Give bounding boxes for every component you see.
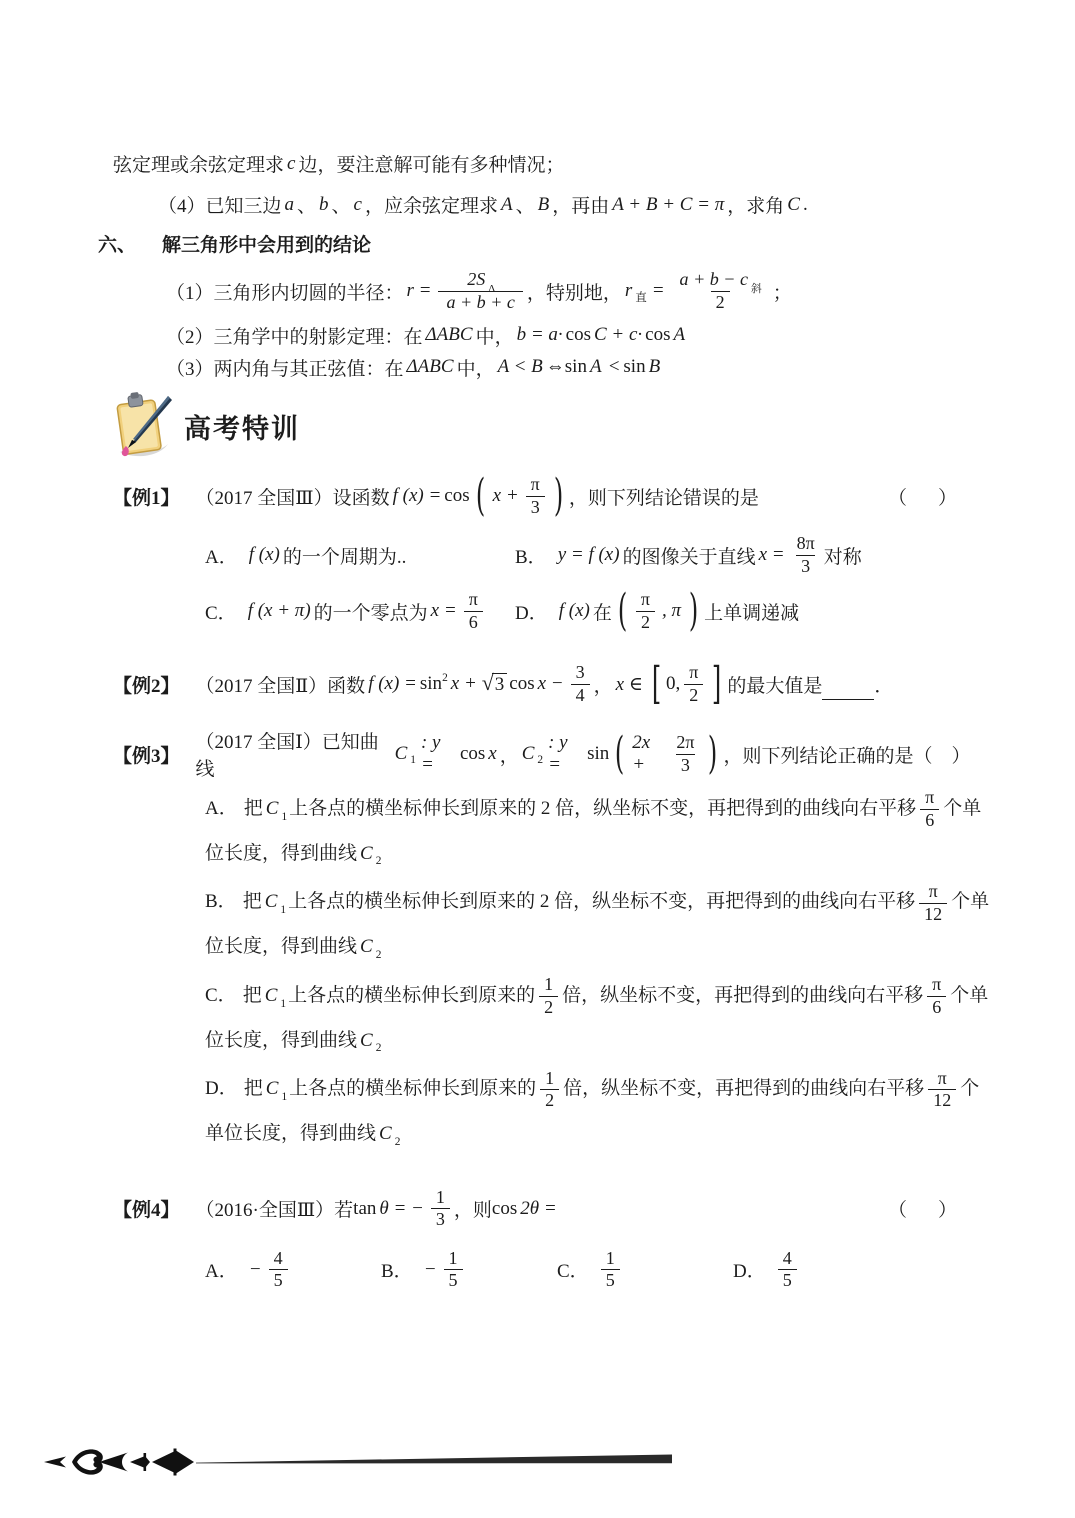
math-run: − [424, 1259, 437, 1281]
example-stem: （2017 全国Ⅰ）已知曲线C1: y =cosx，C2: y =sin(2x … [196, 727, 963, 781]
math-run: b [319, 194, 329, 216]
option-content: 把C1上各点的横坐标伸长到原来的12倍，纵坐标不变，再把得到的曲线向右平移π12… [205, 1078, 979, 1144]
option-label: D． [733, 1256, 766, 1283]
text-run: ，则下列结论正确的是（ ） [724, 741, 963, 768]
subscript: 1 [410, 754, 416, 766]
text-run: cos [566, 324, 591, 346]
fraction: 15 [444, 1248, 463, 1292]
superscript: 2 [442, 672, 448, 684]
open-delimiter: ( [615, 733, 624, 775]
option-label: D． [515, 598, 548, 625]
math-run: ΔABC [407, 356, 454, 378]
option-content: 15 [597, 1248, 624, 1292]
section-heading: 六、 解三角形中会用到的结论 [98, 230, 1075, 257]
math-run: c [354, 194, 362, 216]
option-C: C．把C1上各点的横坐标伸长到原来的12倍，纵坐标不变，再把得到的曲线向右平移π… [205, 974, 997, 1063]
example-tag: 【例4】 [113, 1195, 180, 1222]
text-run: sin [565, 356, 587, 378]
intro-line-2: （4）已知三边a、b、c，应余弦定理求A、B，再由A + B + C = π，求… [158, 191, 1075, 218]
math-run: x = [431, 600, 457, 622]
text-run: 上各点的横坐标伸长到原来的 [288, 985, 535, 1006]
numerator: π [927, 974, 946, 996]
fraction: 13 [431, 1187, 450, 1231]
denominator: 2 [539, 996, 558, 1019]
math-run: C [266, 798, 279, 819]
open-delimiter: [ [652, 663, 661, 705]
option-label: B． [515, 542, 547, 569]
text-run: 8π [797, 533, 815, 555]
numerator: 1 [601, 1248, 620, 1270]
text-run: cos [509, 673, 534, 695]
text-run: 6 [932, 997, 941, 1019]
math-run: x = [759, 544, 785, 566]
subscript: 1 [281, 1091, 287, 1103]
text-run: ，则 [454, 1195, 492, 1222]
math-run: = [652, 280, 665, 302]
denominator: 5 [444, 1269, 463, 1292]
option-B: B． y = f (x)的图像关于直线x =8π3对称 [515, 529, 1075, 581]
fraction: π6 [927, 974, 946, 1018]
denominator: 12 [928, 1089, 956, 1112]
subscript: 1 [280, 998, 286, 1010]
text-run: π [925, 787, 934, 809]
math-run: a + b − c [680, 269, 748, 291]
numerator: 4 [778, 1248, 797, 1270]
text-run: ，则下列结论错误的是 [569, 483, 759, 510]
text-run: 1 [545, 1068, 554, 1090]
denominator: 5 [778, 1269, 797, 1292]
text-run: 的一个周期为.. [283, 542, 407, 569]
denominator: 3 [796, 555, 815, 578]
text-run: sin [420, 673, 442, 695]
math-run: : y = [548, 732, 584, 776]
option-D: D． 45 [733, 1241, 1075, 1299]
text-run: 12 [933, 1090, 951, 1112]
text-run: π [641, 589, 650, 611]
subscript: 1 [280, 904, 286, 916]
text-run: ； [773, 278, 792, 305]
special-training-title: 高考特训 [184, 407, 300, 446]
numerator: π [636, 589, 655, 611]
text-run: （2017 全国Ⅲ）设函数 [196, 483, 390, 510]
fraction: a + b − c斜2 [672, 269, 769, 313]
example-1: 【例1】 （2017 全国Ⅲ）设函数f (x) =cos(x +π3)，则下列结… [0, 467, 1075, 637]
option-B: B． −15 [381, 1241, 557, 1299]
numerator: 4 [269, 1248, 288, 1270]
text-run: 把 [243, 891, 262, 912]
text-run: 、 [516, 191, 535, 218]
option-content: 把C1上各点的横坐标伸长到原来的 2 倍，纵坐标不变，再把得到的曲线向右平移π1… [205, 891, 989, 957]
math-run: f (x + π) [248, 600, 311, 622]
denominator: 3 [526, 496, 545, 519]
example-stem: （2017 全国Ⅱ）函数f (x) =sin2x +√3cosx −34，x ∈… [196, 662, 894, 706]
math-run: a [285, 194, 295, 216]
fraction: 8π3 [792, 533, 820, 577]
math-run: x − [538, 673, 564, 695]
text-run: 在 [593, 598, 612, 625]
math-run: C [522, 743, 535, 765]
text-run: 的最大值是 [727, 671, 822, 698]
open-delimiter: ( [475, 475, 484, 517]
math-run: A + B + C = π [612, 194, 724, 216]
text-run: 上各点的横坐标伸长到原来的 2 倍，纵坐标不变，再把得到的曲线向右平移 [289, 798, 916, 819]
example-4-options: A． −45 B． −15 C． 15 D． 45 [205, 1241, 1075, 1299]
text-run: sin [623, 356, 645, 378]
clipboard-pen-icon [106, 390, 178, 462]
option-A: A．把C1上各点的横坐标伸长到原来的 2 倍，纵坐标不变，再把得到的曲线向右平移… [205, 787, 997, 876]
text-run: π [469, 589, 478, 611]
numerator: 3 [571, 662, 590, 684]
text-run: 把 [243, 985, 262, 1006]
text-run: 弦定理或余弦定理求 [113, 150, 284, 177]
math-run: C [265, 985, 278, 1006]
text-run: （2017 全国Ⅱ）函数 [196, 671, 366, 698]
math-run: f (x) = [368, 673, 417, 695]
text-run: 中， [457, 354, 495, 381]
document-page: 弦定理或余弦定理求c边，要注意解可能有多种情况； （4）已知三边a、b、c，应余… [0, 0, 1075, 1518]
example-3-stem-row: 【例3】 （2017 全国Ⅰ）已知曲线C1: y =cosx，C2: y =si… [113, 725, 963, 783]
close-delimiter: ] [712, 663, 721, 705]
text-run: 上单调递减 [704, 598, 799, 625]
option-content: 45 [774, 1248, 801, 1292]
math-run: 2θ = [520, 1198, 556, 1220]
text-run: 5 [783, 1270, 792, 1292]
denominator: 2 [540, 1089, 559, 1112]
numerator: 2SΔ [459, 269, 502, 291]
option-content: f (x)的一个周期为.. [246, 542, 407, 569]
subscript: 2 [376, 1042, 382, 1054]
math-run: , π [662, 600, 681, 622]
text-run: 5 [449, 1270, 458, 1292]
text-run: ，特别地， [527, 278, 622, 305]
subscript: 1 [281, 811, 287, 823]
section-title: 解三角形中会用到的结论 [162, 230, 371, 257]
text-run: 3 [495, 674, 505, 695]
text-run: ． [874, 671, 893, 698]
math-run: C [360, 936, 373, 957]
math-run: r = [407, 280, 432, 302]
denominator: 6 [927, 996, 946, 1019]
text-run: 2π [676, 732, 694, 754]
numerator: 1 [540, 1068, 559, 1090]
denominator: 6 [464, 611, 483, 634]
math-run: − [249, 1259, 262, 1281]
conclusion-item-3: （3）两内角与其正弦值：在ΔABC中，A < B⇔sinA<sinB [166, 353, 1075, 381]
math-run: C + c· [594, 324, 642, 346]
text-run: （2）三角学中的射影定理：在 [166, 322, 423, 349]
document-body: 弦定理或余弦定理求c边，要注意解可能有多种情况； （4）已知三边a、b、c，应余… [0, 150, 1075, 1299]
math-run: B [538, 194, 550, 216]
math-run: A [501, 194, 513, 216]
close-delimiter: ) [689, 590, 698, 632]
math-run: ΔABC [426, 324, 473, 346]
math-run: x + [451, 673, 477, 695]
example-1-stem-row: 【例1】 （2017 全国Ⅲ）设函数f (x) =cos(x +π3)，则下列结… [113, 467, 963, 525]
example-tag: 【例3】 [113, 741, 180, 768]
fraction: 2π3 [671, 732, 699, 776]
fraction: π6 [464, 589, 483, 633]
example-2: 【例2】 （2017 全国Ⅱ）函数f (x) =sin2x +√3cosx −3… [0, 653, 1075, 715]
math-run: C [379, 1123, 392, 1144]
numerator: 2π [671, 732, 699, 754]
open-delimiter: ( [618, 590, 627, 632]
math-run: f (x) [249, 544, 280, 566]
text-run: 6 [925, 810, 934, 832]
text-run: 倍，纵坐标不变，再把得到的曲线向右平移 [562, 985, 923, 1006]
math-run: f (x) [559, 600, 590, 622]
fraction: π12 [928, 1068, 956, 1112]
denominator: 2 [711, 291, 730, 314]
text-run: 把 [244, 1078, 263, 1099]
option-content: −15 [421, 1248, 467, 1292]
subscript: 2 [376, 949, 382, 961]
fraction: π2 [684, 662, 703, 706]
math-run: 2S [467, 269, 485, 291]
text-run: cos [645, 324, 670, 346]
text-run: 上各点的横坐标伸长到原来的 [289, 1078, 536, 1099]
text-run: 4 [576, 685, 585, 707]
numerator: π [920, 787, 939, 809]
text-run: 0, [666, 673, 680, 695]
bracket-group: (π2, π) [614, 589, 702, 633]
text-run: π [531, 474, 540, 496]
text-run: 3 [681, 755, 690, 777]
option-label: A． [205, 1256, 238, 1283]
text-run: 上各点的横坐标伸长到原来的 2 倍，纵坐标不变，再把得到的曲线向右平移 [288, 891, 915, 912]
option-label: C． [205, 985, 237, 1006]
text-run: ⇔ [546, 356, 565, 378]
option-label: C． [557, 1256, 589, 1283]
fraction: 45 [778, 1248, 797, 1292]
text-run: 3 [531, 497, 540, 519]
conclusion-item-2: （2）三角学中的射影定理：在ΔABC中，b = a·cosC + c·cosA [166, 321, 1075, 349]
text-run: 边，要注意解可能有多种情况； [298, 150, 564, 177]
text-run: 1 [606, 1248, 615, 1270]
text-run: 6 [469, 612, 478, 634]
bracket-group: [0,π2] [648, 662, 725, 706]
option-label: B． [205, 891, 237, 912]
text-run: 3 [801, 556, 810, 578]
text-run: 的图像关于直线 [623, 542, 756, 569]
text-run: π [938, 1068, 947, 1090]
option-content: f (x)在(π2, π)上单调递减 [556, 589, 799, 633]
math-run: x [488, 743, 496, 765]
math-run: A [590, 356, 602, 378]
math-run: x + [493, 485, 519, 507]
denominator: 5 [601, 1269, 620, 1292]
math-run: f (x) = [393, 485, 442, 507]
math-run: < [608, 356, 621, 378]
text-run: 的一个零点为 [314, 598, 428, 625]
text-run: 12 [924, 904, 942, 926]
text-run: ，再由 [552, 191, 609, 218]
math-run: c [287, 153, 295, 175]
numerator: π [933, 1068, 952, 1090]
math-run: A [674, 324, 686, 346]
text-run: 1 [449, 1248, 458, 1270]
text-run: ， [594, 671, 613, 698]
fraction: π3 [526, 474, 545, 518]
text-run: ，应余弦定理求 [365, 191, 498, 218]
text-run: 、 [297, 191, 316, 218]
math-run: C [360, 1030, 373, 1051]
option-D: D．把C1上各点的横坐标伸长到原来的12倍，纵坐标不变，再把得到的曲线向右平移π… [205, 1067, 997, 1156]
answer-bracket: （ ） [888, 483, 963, 510]
math-run: a + b + c [446, 292, 514, 314]
text-run: （4）已知三边 [158, 191, 282, 218]
example-stem: （2017 全国Ⅲ）设函数f (x) =cos(x +π3)，则下列结论错误的是 [196, 474, 759, 518]
text-run: tan [353, 1198, 376, 1220]
text-run: cos [444, 485, 469, 507]
text-run: 中， [476, 322, 514, 349]
text-run: ， [500, 741, 519, 768]
math-run: A < B [498, 356, 543, 378]
intro-line-1: 弦定理或余弦定理求c边，要注意解可能有多种情况； [113, 150, 1075, 177]
text-run: （2016·全国Ⅲ）若 [196, 1195, 354, 1222]
option-B: B．把C1上各点的横坐标伸长到原来的 2 倍，纵坐标不变，再把得到的曲线向右平移… [205, 880, 997, 969]
math-run: x ∈ [616, 673, 643, 696]
text-run: ，求角 [727, 191, 784, 218]
example-1-options: A． f (x)的一个周期为.. B． y = f (x)的图像关于直线x =8… [205, 529, 1075, 637]
example-4-stem-row: 【例4】 （2016·全国Ⅲ）若tanθ = −13，则cos2θ = （ ） [113, 1183, 963, 1235]
numerator: 8π [792, 533, 820, 555]
text-run: 对称 [824, 542, 862, 569]
bracket-group: (2x +2π3) [611, 732, 721, 776]
option-A: A． f (x)的一个周期为.. [205, 529, 515, 581]
text-run: 5 [606, 1270, 615, 1292]
option-A: A． −45 [205, 1241, 381, 1299]
text-run: （3）两内角与其正弦值：在 [166, 354, 404, 381]
numerator: π [464, 589, 483, 611]
denominator: 5 [269, 1269, 288, 1292]
option-label: B． [381, 1256, 413, 1283]
math-run: 2x + [632, 732, 664, 776]
text-run: 4 [783, 1248, 792, 1270]
denominator: 2 [684, 684, 703, 707]
fraction: π12 [919, 881, 947, 925]
option-content: −45 [246, 1248, 292, 1292]
example-2-stem-row: 【例2】 （2017 全国Ⅱ）函数f (x) =sin2x +√3cosx −3… [113, 653, 963, 715]
numerator: 1 [444, 1248, 463, 1270]
denominator: 2 [636, 611, 655, 634]
math-run: C [265, 891, 278, 912]
text-run: sin [587, 743, 609, 765]
math-run: B [649, 356, 661, 378]
option-label: A． [205, 798, 238, 819]
answer-bracket: （ ） [888, 1195, 963, 1222]
subscript: 斜 [751, 283, 762, 296]
denominator: 3 [431, 1208, 450, 1231]
math-run: y = f (x) [558, 544, 620, 566]
fraction: 34 [571, 662, 590, 706]
denominator: a + b + c [438, 291, 522, 314]
option-D: D． f (x)在(π2, π)上单调递减 [515, 585, 1075, 637]
text-run: . [803, 194, 808, 216]
option-label: A． [205, 542, 238, 569]
subscript: Δ [488, 283, 495, 296]
subscript: 2 [537, 754, 543, 766]
fraction: π2 [636, 589, 655, 633]
text-run: 倍，纵坐标不变，再把得到的曲线向右平移 [563, 1078, 924, 1099]
math-run: θ = − [379, 1198, 423, 1220]
numerator: 1 [539, 974, 558, 996]
bracket-group: (x +π3) [472, 474, 567, 518]
math-run: C [787, 194, 800, 216]
subscript: 直 [635, 289, 646, 305]
denominator: 6 [920, 809, 939, 832]
example-stem: （2016·全国Ⅲ）若tanθ = −13，则cos2θ = [196, 1187, 560, 1231]
square-root: √3 [482, 673, 508, 695]
math-run: C [266, 1078, 279, 1099]
fraction: π6 [920, 787, 939, 831]
math-run: b = a· [517, 324, 563, 346]
option-C: C． f (x + π)的一个零点为x =π6 [205, 585, 515, 637]
denominator: 3 [676, 754, 695, 777]
text-run: 1 [436, 1187, 445, 1209]
example-4: 【例4】 （2016·全国Ⅲ）若tanθ = −13，则cos2θ = （ ） … [0, 1183, 1075, 1299]
fraction: 12 [540, 1068, 559, 1112]
option-content: 把C1上各点的横坐标伸长到原来的 2 倍，纵坐标不变，再把得到的曲线向右平移π6… [205, 798, 981, 864]
section-number: 六、 [98, 230, 136, 257]
text-run: 2 [544, 997, 553, 1019]
subscript: 2 [376, 855, 382, 867]
numerator: a + b − c斜 [672, 269, 769, 291]
close-delimiter: ) [554, 475, 563, 517]
numerator: π [684, 662, 703, 684]
text-run: 、 [332, 191, 351, 218]
numerator: 1 [431, 1187, 450, 1209]
text-run: 1 [544, 974, 553, 996]
text-run: 5 [274, 1270, 283, 1292]
answer-blank [822, 679, 874, 700]
denominator: 4 [571, 684, 590, 707]
text-run: 3 [436, 1209, 445, 1231]
text-run: π [932, 974, 941, 996]
math-run: : y = [421, 732, 457, 776]
text-run: 2 [716, 292, 725, 314]
text-run: cos [492, 1198, 517, 1220]
example-tag: 【例2】 [113, 671, 180, 698]
ornament-divider [42, 1440, 692, 1484]
special-training-header: 高考特训 [106, 391, 1075, 461]
example-tag: 【例1】 [113, 483, 180, 510]
math-run: C [360, 843, 373, 864]
close-delimiter: ) [708, 733, 717, 775]
numerator: π [526, 474, 545, 496]
text-run: cos [460, 743, 485, 765]
option-C: C． 15 [557, 1241, 733, 1299]
example-3: 【例3】 （2017 全国Ⅰ）已知曲线C1: y =cosx，C2: y =si… [0, 725, 1075, 1157]
option-label: C． [205, 598, 237, 625]
text-run: （2017 全国Ⅰ）已知曲线 [196, 727, 392, 781]
option-content: 把C1上各点的横坐标伸长到原来的12倍，纵坐标不变，再把得到的曲线向右平移π6个… [205, 985, 988, 1051]
math-run: C [395, 743, 408, 765]
option-content: f (x + π)的一个零点为x =π6 [245, 589, 487, 633]
text-run: 2 [689, 685, 698, 707]
fraction: 15 [601, 1248, 620, 1292]
text-run: 把 [244, 798, 263, 819]
fraction: 2SΔa + b + c [438, 269, 522, 313]
subscript: 2 [395, 1136, 401, 1148]
numerator: π [924, 881, 943, 903]
option-label: D． [205, 1078, 238, 1099]
fraction: 45 [269, 1248, 288, 1292]
text-run: 4 [274, 1248, 283, 1270]
text-run: π [689, 662, 698, 684]
text-run: π [929, 881, 938, 903]
math-run: r [625, 280, 632, 302]
denominator: 12 [919, 903, 947, 926]
